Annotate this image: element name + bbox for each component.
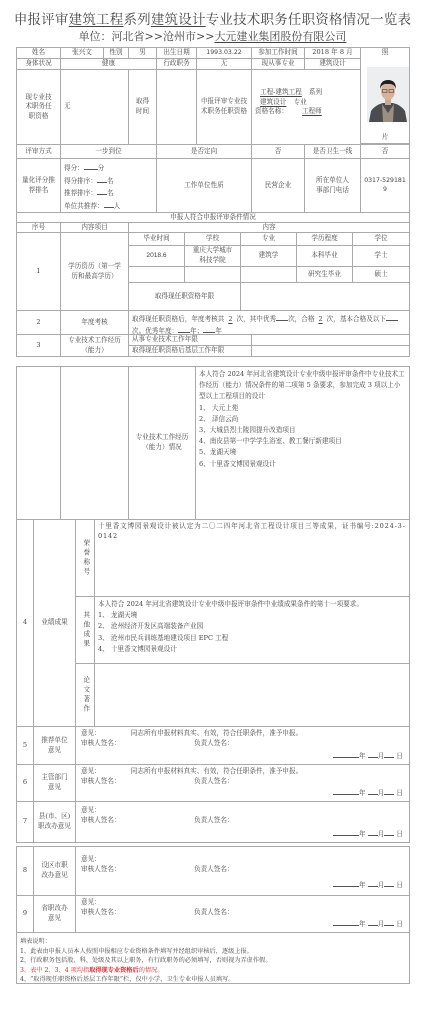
- date-day: 日: [396, 789, 403, 797]
- date-day: 日: [396, 752, 403, 760]
- paper-content: [94, 663, 410, 727]
- edu-r1-c1: [184, 266, 241, 283]
- notes-title: 填表说明：: [20, 937, 406, 947]
- date-day: 日: [396, 920, 403, 928]
- directed-value: 否: [251, 144, 305, 159]
- annual-label: 年度考核: [60, 310, 129, 335]
- edu-header-4: 学位: [352, 232, 410, 246]
- title-mid: 系列: [123, 12, 150, 28]
- note-item-red: 3、表中 2、3、4 项均指取得现专业资格后的情况。: [20, 966, 406, 976]
- note-3c: 的情况。: [139, 967, 164, 974]
- notes-box: 填表说明： 1、此表由申报人员本人按照申报相应专业资格条件填写并经组织审核后，逐…: [16, 932, 410, 984]
- leader-sign: 负责人签名：: [194, 865, 234, 875]
- opinion-text: 同志所有申报材料真实、有效，符合任职条件，准予申报。: [101, 729, 302, 737]
- date-year: 年: [359, 789, 366, 797]
- ach-seq: 4: [16, 519, 34, 727]
- title-prefix: 申报评审: [14, 12, 69, 28]
- note-3b: 取得现专业资格后: [89, 967, 139, 974]
- person-photo-icon: [367, 67, 409, 122]
- note-item: 1、此表由申报人员本人按照申报相应专业资格条件填写并经组织审核后，逐级上报。: [20, 947, 406, 957]
- exp-label: 专业技术工作经历（能力）: [60, 334, 129, 357]
- leader-sign: 负责人签名：: [194, 739, 234, 749]
- reviewer-sign: 审核人签名：: [81, 865, 121, 873]
- other-intro: 本人符合 2024 年河北省建筑设计专业中级申报评审条件中业绩成果条件的第十一项…: [98, 599, 406, 610]
- edu-header-1: 学校: [184, 232, 241, 246]
- edu-r0-c1: 重庆大学城市科技学院: [184, 245, 241, 267]
- exp-seq: 3: [16, 334, 61, 357]
- opinion-seq: 5: [16, 726, 34, 765]
- leader-sign: 负责人签名：: [194, 777, 234, 787]
- opinion-seq: 8: [16, 846, 34, 896]
- other-item: 2、 沧州经济开发区高端装备产业园: [98, 621, 406, 632]
- hr-phone-label: 所在单位人事部门电话: [304, 158, 361, 213]
- note-item: 4、“取得现任职资格后基层工作年限”栏，仅中小学、卫生专业申报人员填写。: [20, 975, 406, 984]
- date-day: 日: [396, 830, 403, 838]
- edu-r0-c2: 建筑学: [240, 245, 297, 267]
- opinion-label: 设区市职改办意见: [33, 846, 76, 896]
- opinion-content: 意见： 审核人签名：负责人签名： 年 月 日: [75, 895, 410, 933]
- reviewer-sign: 审核人签名：: [81, 777, 121, 785]
- score-unit: 分: [98, 164, 105, 172]
- edu-years-value: [240, 282, 410, 311]
- edu-r0-c3: 本科毕业: [296, 245, 353, 267]
- opinion-prefix: 意见：: [81, 767, 101, 775]
- annual-t2: 次，其中优秀: [237, 315, 277, 323]
- edu-r1-c3: 研究生毕业: [296, 266, 353, 283]
- photo-label-bottom: 片: [361, 133, 409, 143]
- annual-seq: 2: [16, 310, 61, 335]
- reviewer-sign: 审核人签名：: [81, 816, 121, 824]
- project-item: 1、 大元上苑: [199, 403, 406, 414]
- opinion-label: 推荐单位意见: [33, 726, 76, 765]
- opinion-prefix: 意见：: [81, 729, 101, 737]
- other-item: 4、 十里香文博园景观设计: [98, 644, 406, 655]
- frontline-label: 是否卫生一线: [304, 144, 361, 159]
- exp-detail-intro: 本人符合 2024 年河北省建筑设计专业中级申报评审条件中专业技术工作经历（能力…: [199, 369, 406, 403]
- edu-label: 学历资历（第一学历和最高学历）: [60, 232, 129, 311]
- date-year: 年: [359, 830, 366, 838]
- opinion-seq: 9: [16, 895, 34, 933]
- apply-major-suffix: 专业: [293, 98, 306, 106]
- frontline-value: 否: [360, 144, 410, 159]
- opinion-label: 主管部门意见: [33, 764, 76, 802]
- date-month: 月: [378, 920, 385, 928]
- title-major: 建筑设计: [151, 12, 206, 28]
- edu-header-3: 学历程度: [296, 232, 353, 246]
- date-year: 年: [359, 881, 366, 889]
- opinion-content: 意见：同志所有申报材料真实、有效，符合任职条件，准予申报。 审核人签名：负责人签…: [75, 726, 410, 765]
- opinion-seq: 6: [16, 764, 34, 802]
- project-item: 6、十里香文博园景观设计: [199, 459, 406, 470]
- applicant-photo: [367, 67, 409, 122]
- other-item: 1、 龙湖天境: [98, 610, 406, 621]
- edu-r1-c0: [128, 266, 185, 283]
- opinion-prefix: 意见：: [81, 898, 101, 906]
- score-label: 量化评分推荐排名: [16, 158, 61, 213]
- method-value: 一步到位: [60, 144, 157, 159]
- opinion-content: 意见： 审核人签名：负责人签名： 年 月 日: [75, 846, 410, 896]
- date-year: 年: [359, 920, 366, 928]
- edu-r0-c4: 学士: [352, 245, 410, 267]
- edu-seq: 1: [16, 232, 61, 311]
- project-item: 2、 泽信云尚: [199, 414, 406, 425]
- unit-company: 大元建业集团股份有限公司: [214, 30, 346, 43]
- page-title: 申报评审建筑工程系列建筑设计专业技术职务任职资格情况一览表: [0, 8, 425, 28]
- obtain-time-value: [156, 69, 197, 145]
- project-item: 5、龙湖天境: [199, 447, 406, 458]
- current-title-label: 现专业技术职务任职资格: [16, 69, 61, 145]
- edu-r1-c4: 硕士: [352, 266, 410, 283]
- annual-pass: 2: [314, 315, 326, 323]
- employer-type-value: 民营企业: [251, 158, 305, 213]
- project-item: 3、大城县烈士陵园提升改造项目: [199, 425, 406, 436]
- photo-label-top: 照: [361, 48, 409, 58]
- exp-row2-label: 取得现任职资格后基层工作年限: [128, 345, 252, 357]
- edu-header-2: 专业: [240, 232, 297, 246]
- rank-line: 得分排序：: [64, 177, 97, 185]
- method-label: 评审方式: [16, 144, 61, 159]
- apply-qual: 工程师: [288, 107, 330, 115]
- hr-phone-value: 0317-5291819: [360, 158, 410, 213]
- recommend-unit: 名: [107, 189, 114, 197]
- date-year: 年: [359, 752, 366, 760]
- date-month: 月: [378, 752, 385, 760]
- total-unit: 人: [114, 202, 121, 210]
- other-content: 本人符合 2024 年河北省建筑设计专业中级申报评审条件中业绩成果条件的第十一项…: [94, 596, 410, 664]
- leader-sign: 负责人签名：: [194, 908, 234, 918]
- ach-label: 业绩成果: [33, 519, 76, 727]
- exp-detail-item: [60, 366, 129, 520]
- edu-r0-c0: 2018.6: [128, 245, 185, 267]
- note-3a: 3、表中 2、3、4 项均指: [20, 967, 89, 974]
- paper-label: 论文著作: [75, 663, 95, 727]
- opinion-content: 意见：同志所有申报材料真实、有效，符合任职条件，准予申报。 审核人签名：负责人签…: [75, 764, 410, 802]
- total-line: 单位共推荐：: [64, 202, 104, 210]
- annual-t1: 取得现任职资格后，年度考核共: [132, 315, 224, 323]
- edu-r1-c2: [240, 266, 297, 283]
- opinion-seq: 7: [16, 801, 34, 843]
- annual-t3: 次，合格: [288, 315, 314, 323]
- current-title-value: 无: [60, 69, 129, 145]
- project-item: 4、南皮县第一中学学生浴室、教工餐厅新建项目: [199, 436, 406, 447]
- note-item: 2、行政职务包括股、科、处级及其以上职务，有行政职务的必须填写，否则视为弄虚作假…: [20, 956, 406, 966]
- apply-title-value: 工程-建筑工程 系列 建筑设计 专业 资格名称：工程师: [251, 69, 361, 145]
- obtain-time-label: 取得时间: [128, 69, 157, 145]
- unit-label: 单位：河北省>>沧州市>>: [79, 30, 215, 43]
- opinion-label: 县(市、区)职改办意见: [33, 801, 76, 843]
- apply-series-suffix: 系列: [309, 88, 322, 96]
- recommend-line: 推荐排序：: [64, 189, 97, 197]
- directed-label: 是否定向: [156, 144, 252, 159]
- score-line: 得分：: [64, 164, 84, 172]
- employer-type-label: 工作单位性质: [156, 158, 252, 213]
- honor-text: 十里香文博园景观设计被认定为二〇二四年河北省工程设计项目三等成果，证书编号:20…: [94, 519, 410, 597]
- exp-detail-label: 专业技术工作经历（能力）情况: [128, 366, 196, 520]
- other-item: 3、 沧州市民兵训练基地建设项目 EPC 工程: [98, 633, 406, 644]
- annual-t4: 次，基本合格及以下: [327, 315, 386, 323]
- leader-sign: 负责人签名：: [194, 816, 234, 826]
- opinion-content: 意见： 审核人签名：负责人签名： 年 月 日: [75, 801, 410, 843]
- honor-label: 荣誉称号: [75, 519, 95, 597]
- apply-major: 建筑设计: [255, 98, 291, 106]
- rank-unit: 名: [107, 177, 114, 185]
- title-suffix: 专业技术职务任职资格情况一览表: [206, 12, 412, 28]
- reviewer-sign: 审核人签名：: [81, 908, 121, 916]
- opinion-prefix: 意见：: [81, 855, 101, 863]
- edu-years-label: 取得现任职资格年限: [128, 282, 241, 311]
- opinion-prefix: 意见：: [81, 806, 101, 814]
- title-series: 建筑工程: [69, 12, 124, 28]
- apply-qual-label: 资格名称：: [255, 107, 288, 115]
- date-month: 月: [378, 830, 385, 838]
- opinion-text: 同志所有申报材料真实、有效，符合任职条件，准予申报。: [101, 767, 302, 775]
- apply-series: 工程-建筑工程: [255, 88, 307, 96]
- annual-content: 取得现任职资格后，年度考核共2次，其中优秀次，合格2次，基本合格及以下次。优秀年…: [128, 310, 410, 335]
- unit-line: 单位：河北省>>沧州市>>大元建业集团股份有限公司: [0, 28, 425, 44]
- reviewer-sign: 审核人签名：: [81, 739, 121, 747]
- date-day: 日: [396, 881, 403, 889]
- date-month: 月: [378, 881, 385, 889]
- edu-header-0: 毕业时间: [128, 232, 185, 246]
- apply-title-label: 申报评审专业技术职务任职资格: [196, 69, 252, 145]
- exp-detail-seq: [16, 366, 61, 520]
- opinion-label: 省职改办意见: [33, 895, 76, 933]
- exp-row2-value: [251, 345, 410, 357]
- date-month: 月: [378, 789, 385, 797]
- other-label: 其他成果: [75, 596, 95, 664]
- score-block: 得分：分 得分排序：名 推荐排序：名 单位共推荐：人: [60, 158, 157, 213]
- annual-total: 2: [224, 315, 236, 323]
- exp-detail-content: 本人符合 2024 年河北省建筑设计专业中级申报评审条件中专业技术工作经历（能力…: [195, 366, 410, 520]
